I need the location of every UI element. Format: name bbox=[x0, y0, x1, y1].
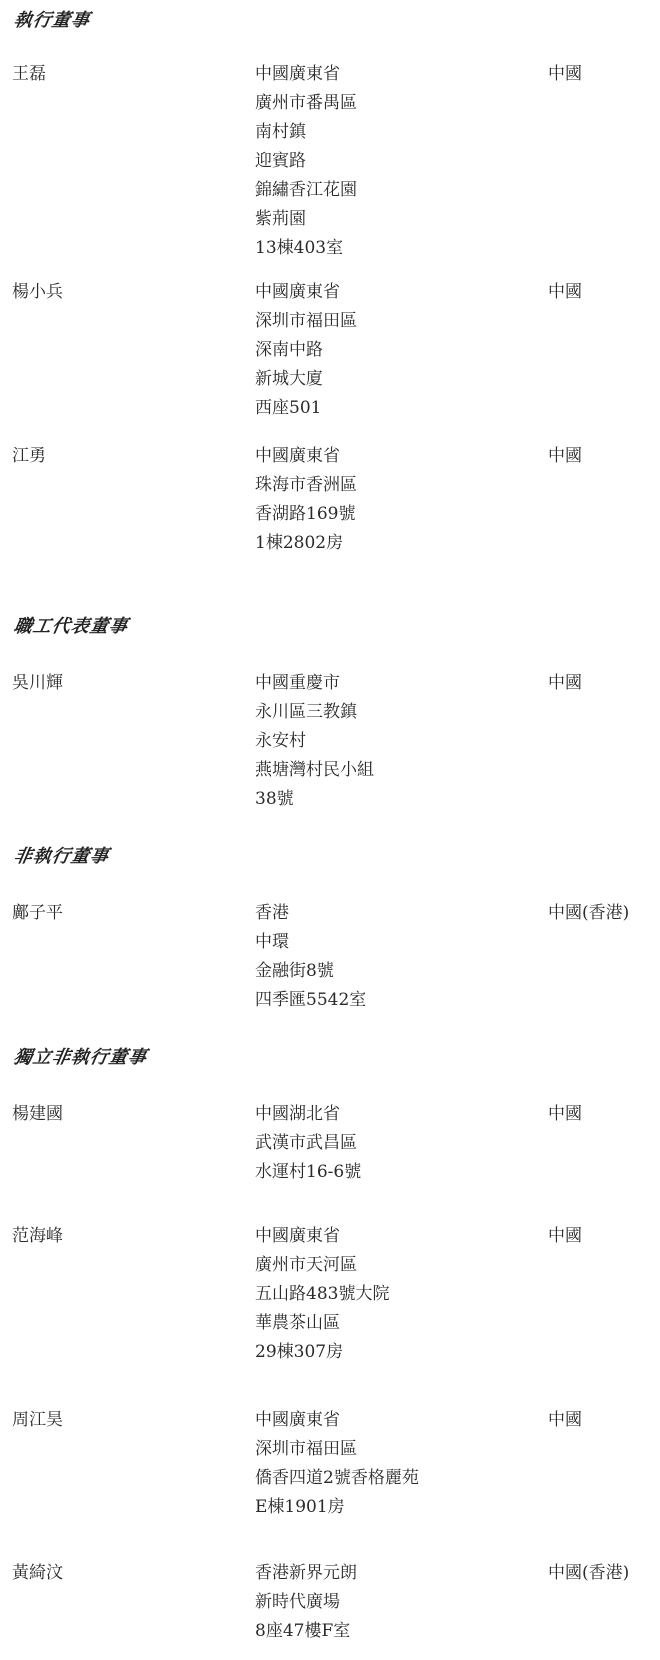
address-line: 13棟403室 bbox=[255, 234, 357, 263]
address-line: 中環 bbox=[255, 928, 366, 957]
director-name: 王磊 bbox=[12, 60, 46, 89]
section-heading-independent-non-executive-directors: 獨立非執行董事 bbox=[12, 1043, 150, 1069]
address-line: 金融街8號 bbox=[255, 957, 366, 986]
director-name: 范海峰 bbox=[12, 1222, 63, 1251]
address-line: 永安村 bbox=[255, 727, 374, 756]
director-name: 江勇 bbox=[12, 442, 46, 471]
address-line: 中國重慶市 bbox=[255, 669, 374, 698]
address-line: 五山路483號大院 bbox=[255, 1280, 389, 1309]
address-line: 深南中路 bbox=[255, 336, 357, 365]
address-line: 深圳市福田區 bbox=[255, 1435, 419, 1464]
address-line: 29棟307房 bbox=[255, 1338, 389, 1367]
address-line: 僑香四道2號香格麗苑 bbox=[255, 1464, 419, 1493]
director-address: 中國廣東省 廣州市天河區 五山路483號大院 華農茶山區 29棟307房 bbox=[255, 1222, 389, 1367]
address-line: E棟1901房 bbox=[255, 1493, 419, 1522]
address-line: 燕塘灣村民小組 bbox=[255, 756, 374, 785]
director-nationality: 中國 bbox=[548, 442, 582, 471]
address-line: 中國廣東省 bbox=[255, 1222, 389, 1251]
address-line: 中國廣東省 bbox=[255, 1406, 419, 1435]
director-address: 香港新界元朗 新時代廣場 8座47樓F室 bbox=[255, 1559, 357, 1646]
director-address: 中國重慶市 永川區三教鎮 永安村 燕塘灣村民小組 38號 bbox=[255, 669, 374, 814]
address-line: 四季匯5542室 bbox=[255, 986, 366, 1015]
section-heading-non-executive-directors: 非執行董事 bbox=[12, 842, 112, 868]
address-line: 中國廣東省 bbox=[255, 442, 357, 471]
address-line: 珠海市香洲區 bbox=[255, 471, 357, 500]
address-line: 水運村16-6號 bbox=[255, 1158, 361, 1187]
address-line: 8座47樓F室 bbox=[255, 1617, 357, 1646]
address-line: 永川區三教鎮 bbox=[255, 698, 374, 727]
address-line: 中國湖北省 bbox=[255, 1100, 361, 1129]
address-line: 38號 bbox=[255, 785, 374, 814]
address-line: 1棟2802房 bbox=[255, 529, 357, 558]
director-nationality: 中國 bbox=[548, 1100, 582, 1129]
address-line: 香港新界元朗 bbox=[255, 1559, 357, 1588]
director-name: 楊小兵 bbox=[12, 278, 63, 307]
address-line: 廣州市天河區 bbox=[255, 1251, 389, 1280]
address-line: 中國廣東省 bbox=[255, 278, 357, 307]
address-line: 新時代廣場 bbox=[255, 1588, 357, 1617]
address-line: 新城大廈 bbox=[255, 365, 357, 394]
address-line: 深圳市福田區 bbox=[255, 307, 357, 336]
address-line: 香湖路169號 bbox=[255, 500, 357, 529]
director-address: 香港 中環 金融街8號 四季匯5542室 bbox=[255, 899, 366, 1015]
director-name: 黃綺汶 bbox=[12, 1559, 63, 1588]
director-address: 中國廣東省 深圳市福田區 深南中路 新城大廈 西座501 bbox=[255, 278, 357, 423]
director-address: 中國湖北省 武漢市武昌區 水運村16-6號 bbox=[255, 1100, 361, 1187]
director-name: 鄺子平 bbox=[12, 899, 63, 928]
address-line: 紫荊園 bbox=[255, 205, 357, 234]
director-name: 周江昊 bbox=[12, 1406, 63, 1435]
address-line: 武漢市武昌區 bbox=[255, 1129, 361, 1158]
director-address: 中國廣東省 珠海市香洲區 香湖路169號 1棟2802房 bbox=[255, 442, 357, 558]
address-line: 錦繡香江花園 bbox=[255, 176, 357, 205]
address-line: 迎賓路 bbox=[255, 147, 357, 176]
address-line: 西座501 bbox=[255, 394, 357, 423]
director-nationality: 中國 bbox=[548, 1222, 582, 1251]
director-nationality: 中國 bbox=[548, 60, 582, 89]
address-line: 南村鎮 bbox=[255, 118, 357, 147]
director-name: 楊建國 bbox=[12, 1100, 63, 1129]
director-address: 中國廣東省 廣州市番禺區 南村鎮 迎賓路 錦繡香江花園 紫荊園 13棟403室 bbox=[255, 60, 357, 263]
director-name: 吳川輝 bbox=[12, 669, 63, 698]
address-line: 華農茶山區 bbox=[255, 1309, 389, 1338]
address-line: 香港 bbox=[255, 899, 366, 928]
address-line: 中國廣東省 bbox=[255, 60, 357, 89]
director-address: 中國廣東省 深圳市福田區 僑香四道2號香格麗苑 E棟1901房 bbox=[255, 1406, 419, 1522]
director-nationality: 中國(香港) bbox=[548, 899, 629, 928]
director-nationality: 中國 bbox=[548, 278, 582, 307]
director-nationality: 中國(香港) bbox=[548, 1559, 629, 1588]
director-nationality: 中國 bbox=[548, 669, 582, 698]
address-line: 廣州市番禺區 bbox=[255, 89, 357, 118]
director-nationality: 中國 bbox=[548, 1406, 582, 1435]
section-heading-executive-directors: 執行董事 bbox=[12, 6, 93, 32]
section-heading-employee-representative-directors: 職工代表董事 bbox=[12, 612, 131, 638]
